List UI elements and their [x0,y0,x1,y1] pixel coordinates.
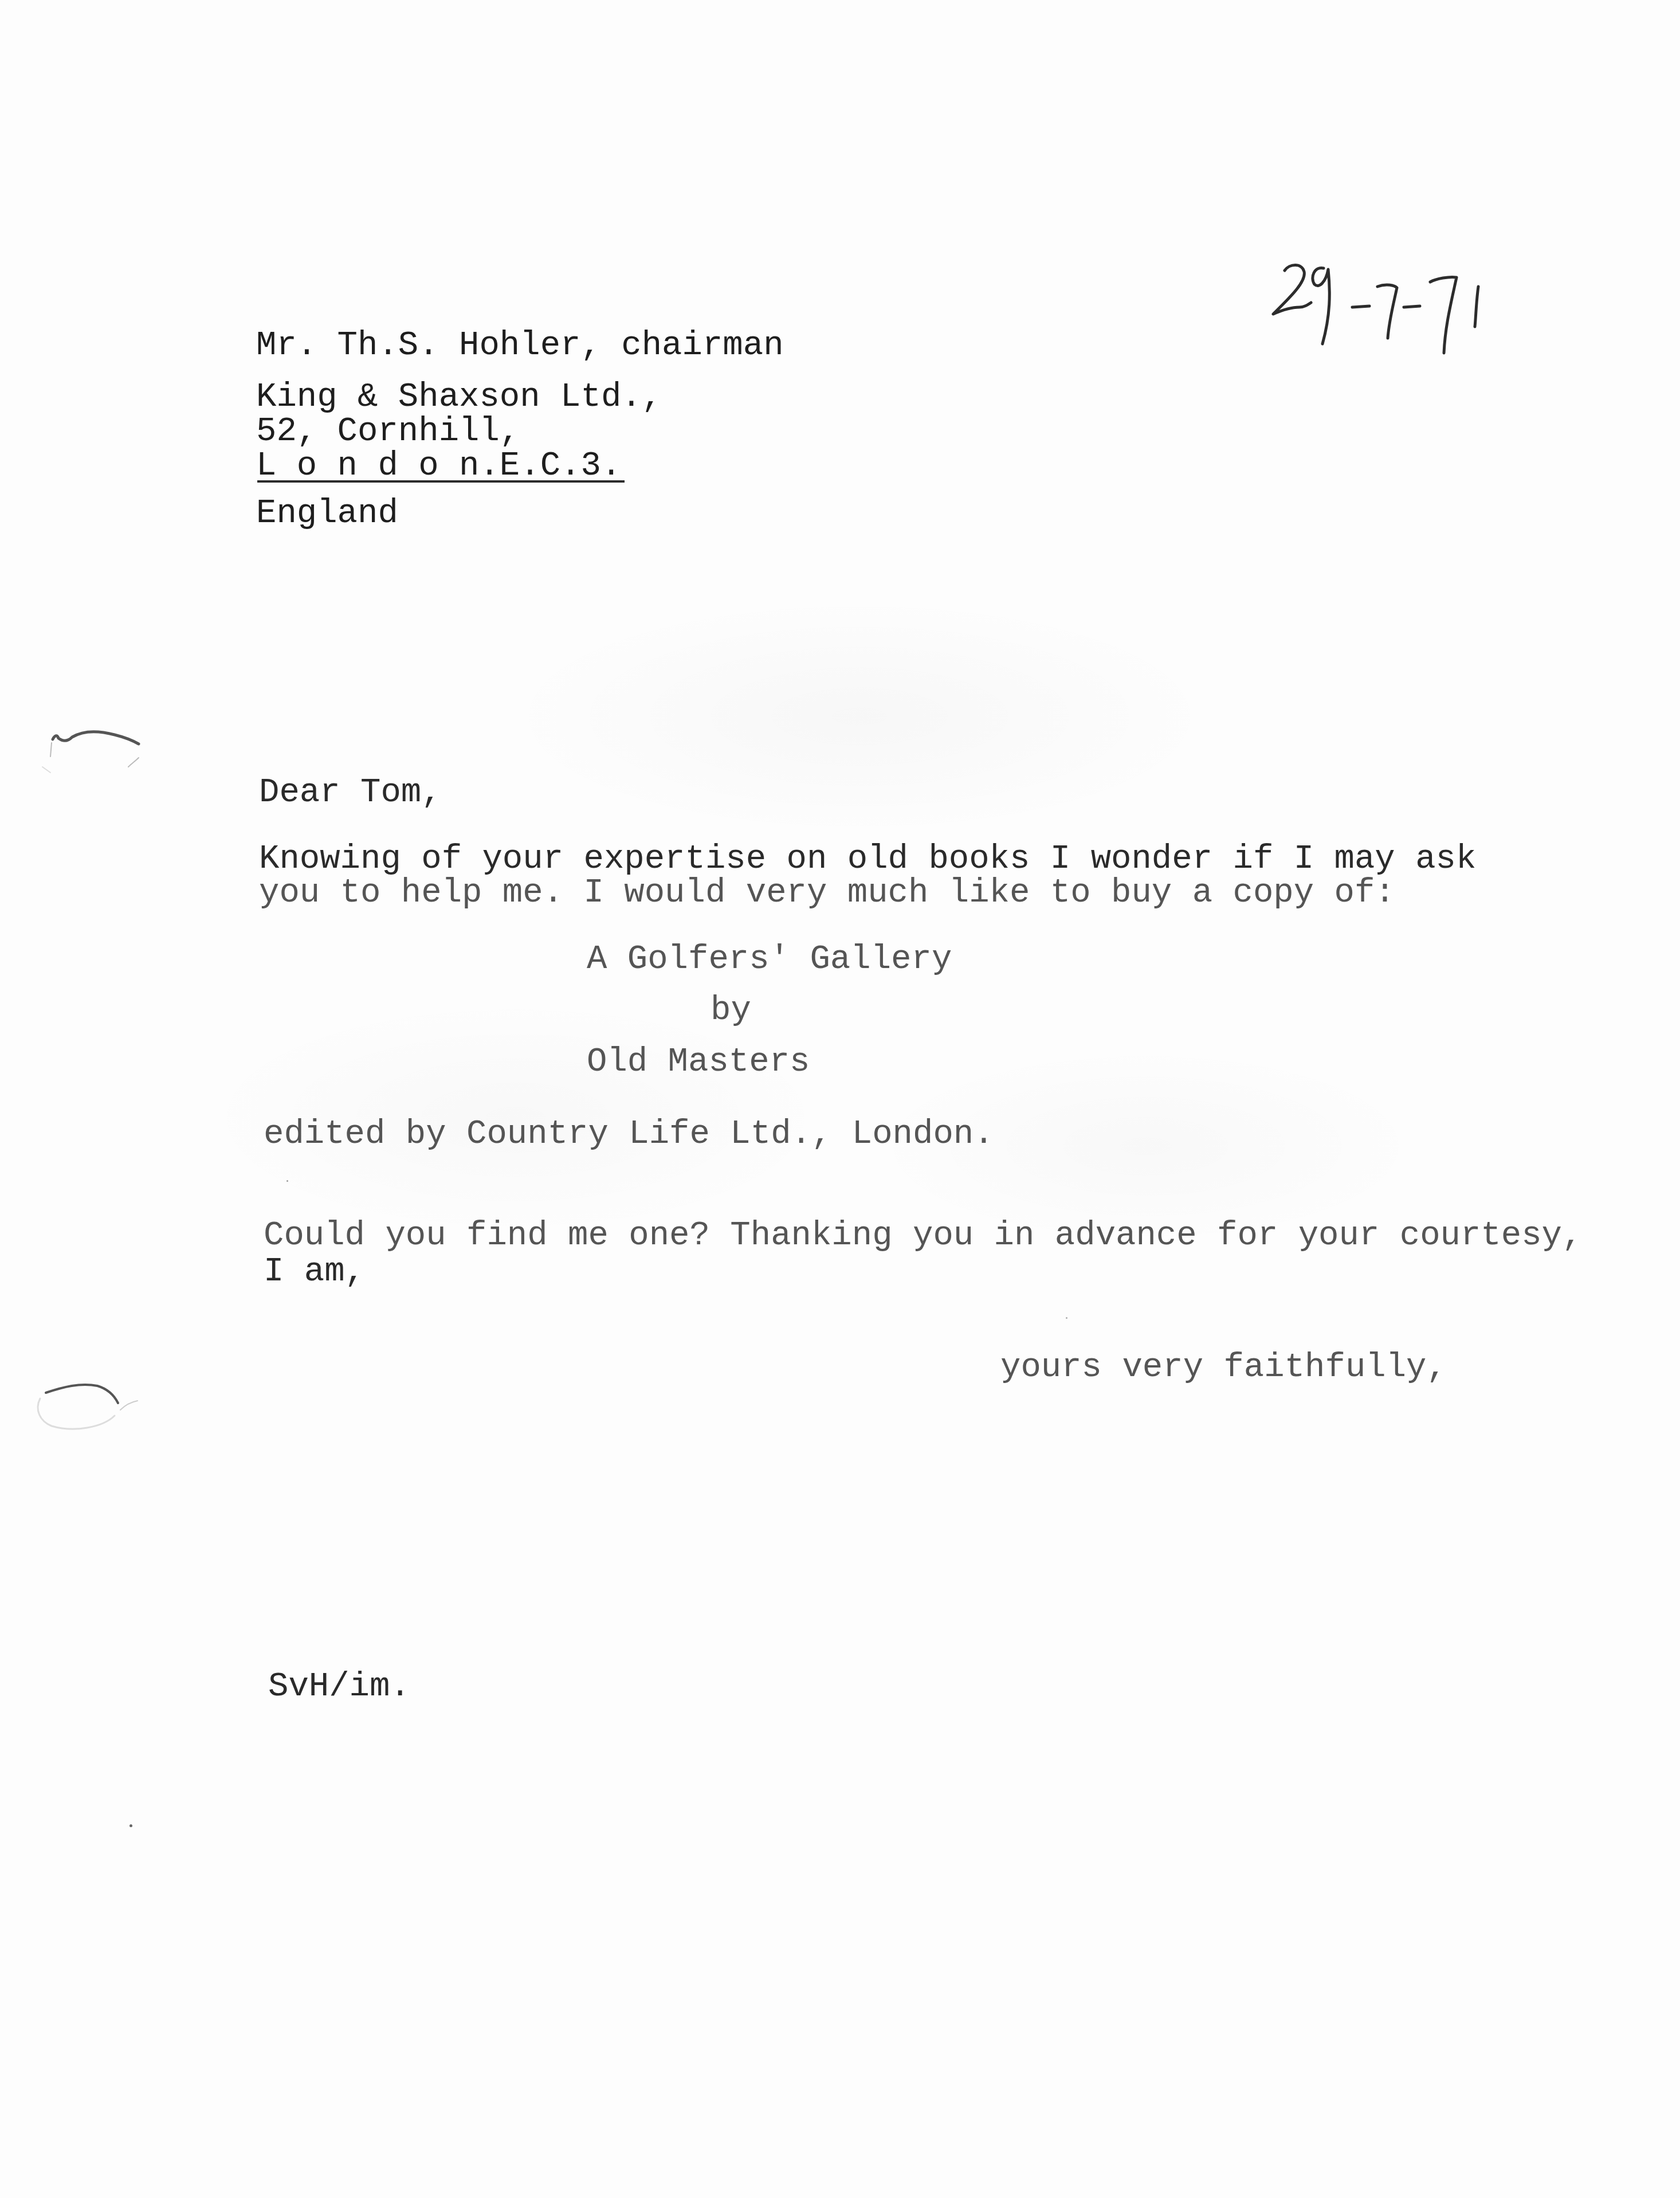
body-line-3: Could you find me one? Thanking you in a… [264,1219,1582,1252]
body-line-1: Knowing of your expertise on old books I… [259,842,1476,876]
book-by: by [711,993,751,1027]
recipient-company: King & Shaxson Ltd., [256,380,662,414]
book-title: A Golfers' Gallery [587,942,952,976]
publisher-line: edited by Country Life Ltd., London. [264,1117,994,1151]
handwritten-date: 29-7-71 [1266,252,1507,367]
paper-speck [129,1824,132,1827]
recipient-street: 52, Cornhill, [256,414,520,448]
city-underline [257,480,625,483]
letter-page: 29-7-71 Mr. Th.S. Hohler, chairman King … [0,0,1680,2198]
salutation: Dear Tom, [259,775,442,809]
body-line-4: I am, [264,1255,365,1288]
reference-initials: SvH/im. [268,1670,410,1703]
closing: yours very faithfully, [1000,1350,1447,1384]
recipient-country: England [256,496,398,530]
book-author: Old Masters [587,1045,810,1079]
recipient-city: L o n d o n.E.C.3. [256,449,621,483]
paper-speck [286,1180,288,1182]
punch-hole-mark-bottom [23,1370,149,1450]
punch-hole-mark-top [34,722,149,797]
recipient-name: Mr. Th.S. Hohler, chairman [256,328,784,362]
paper-speck [1066,1317,1067,1319]
body-line-2: you to help me. I would very much like t… [259,876,1395,910]
